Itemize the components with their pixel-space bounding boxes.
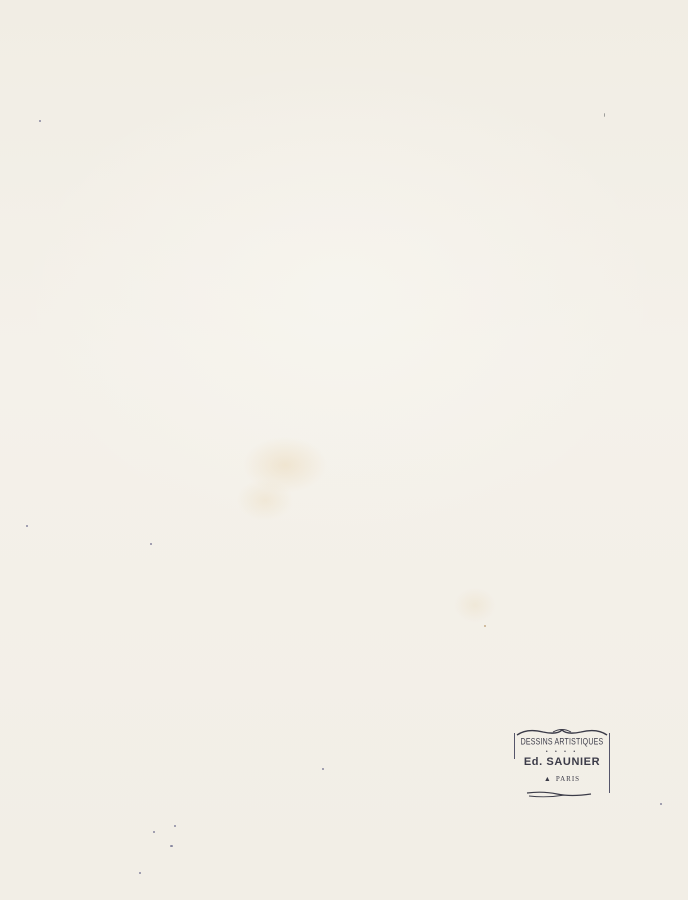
ink-speck: [174, 825, 176, 827]
stamp-line-city: ▲PARIS: [513, 775, 611, 783]
stamp-line-dessins-artistiques: DESSINS ARTISTIQUES: [513, 738, 611, 747]
stamp-ornament-bottom-icon: [513, 789, 611, 799]
stamp-dots: • • • •: [513, 749, 611, 755]
ink-speck: [484, 625, 486, 627]
triangle-icon: ▲: [544, 775, 552, 783]
ink-speck: [660, 803, 662, 805]
ink-speck: [26, 525, 28, 527]
stamp-line-publisher: Ed. SAUNIER: [513, 756, 611, 768]
paper-sheet: DESSINS ARTISTIQUES • • • • Ed. SAUNIER …: [0, 0, 688, 900]
ink-speck: [39, 120, 41, 122]
ink-speck: [170, 845, 173, 847]
stamp-city-text: PARIS: [556, 775, 580, 783]
ink-speck: [139, 872, 141, 874]
stamp-ornament-top-icon: [513, 727, 611, 737]
ink-speck: [322, 768, 324, 770]
ink-speck: [150, 543, 152, 545]
publisher-stamp: DESSINS ARTISTIQUES • • • • Ed. SAUNIER …: [513, 727, 611, 799]
ink-speck: [153, 831, 155, 833]
ink-speck: [604, 113, 605, 117]
